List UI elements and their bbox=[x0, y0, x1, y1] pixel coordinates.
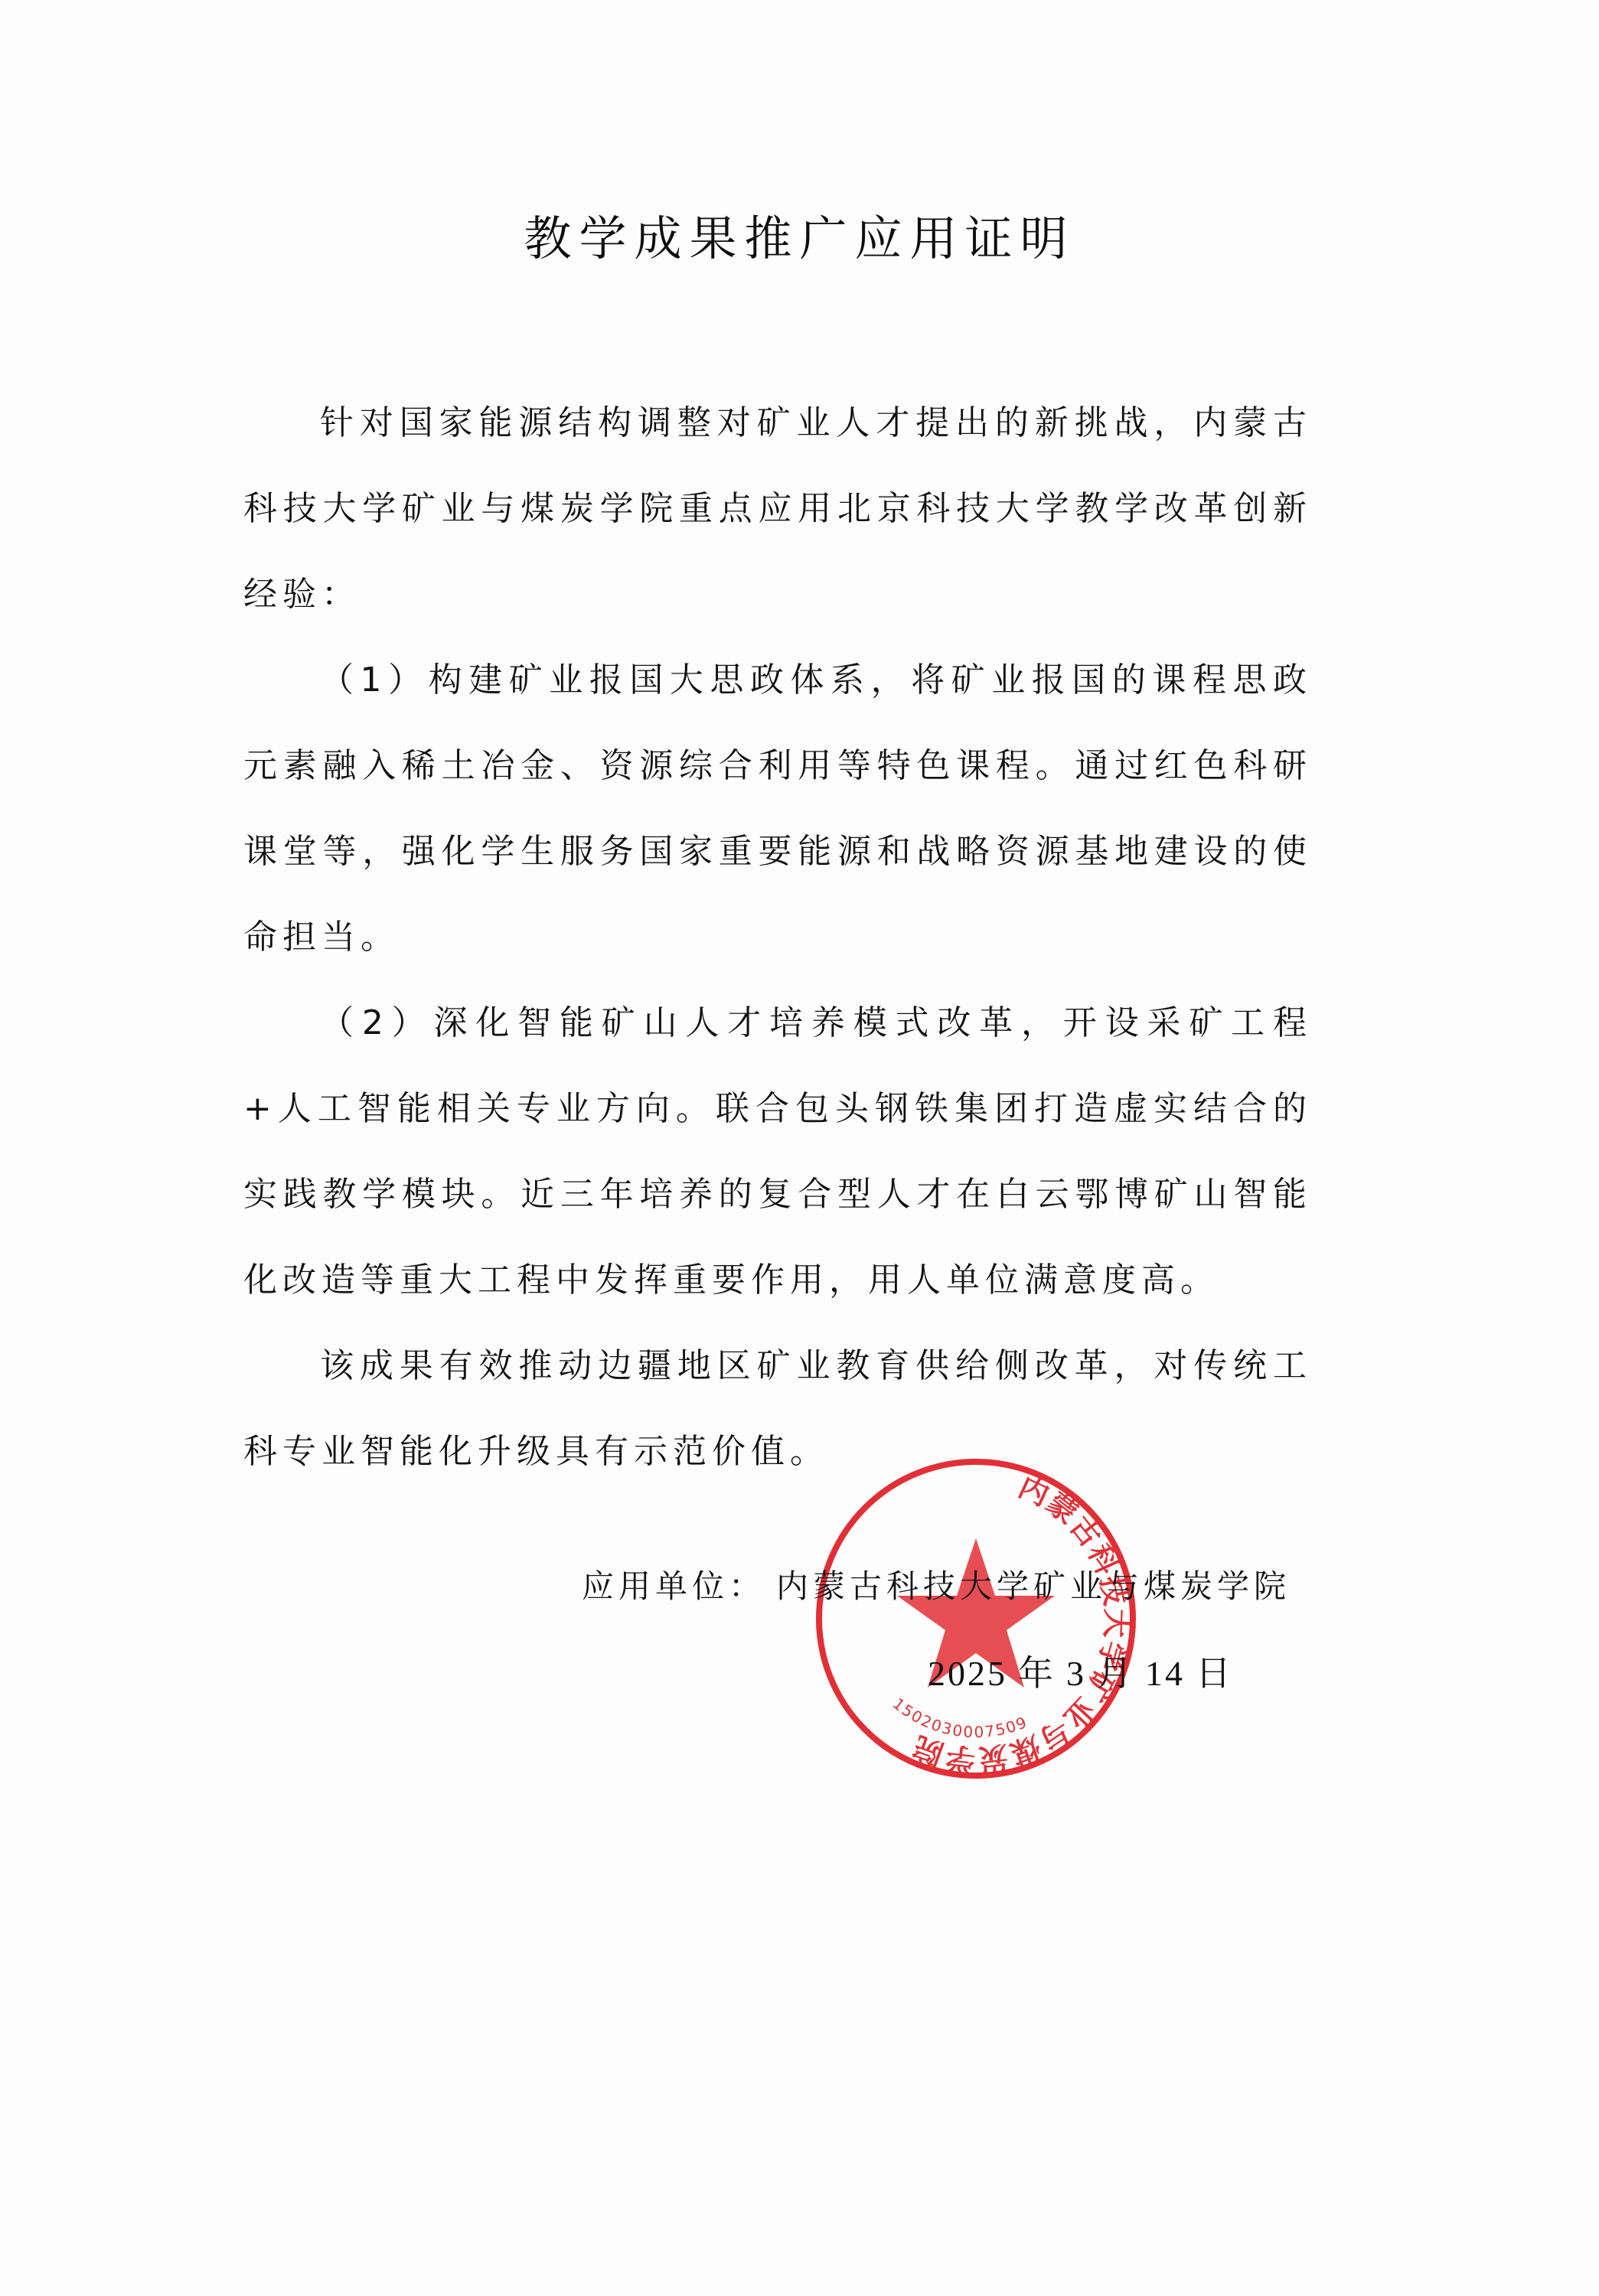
signature-line: 应用单位：内蒙古科技大学矿业与煤炭学院 bbox=[582, 1561, 1291, 1607]
paragraph-point-1: （1）构建矿业报国大思政体系，将矿业报国的课程思政元素融入稀土冶金、资源综合利用… bbox=[243, 638, 1312, 980]
paragraph-conclusion: 该成果有效推动边疆地区矿业教育供给侧改革，对传统工科专业智能化升级具有示范价值。 bbox=[243, 1323, 1312, 1495]
date-day: 14 bbox=[1145, 1654, 1185, 1693]
svg-text:1502030007509: 1502030007509 bbox=[889, 1694, 1030, 1742]
date-year-unit: 年 bbox=[1018, 1654, 1056, 1693]
document-date: 2025年3月14日 bbox=[928, 1645, 1244, 1696]
signature-unit: 内蒙古科技大学矿业与煤炭学院 bbox=[776, 1567, 1291, 1605]
paragraph-intro: 针对国家能源结构调整对矿业人才提出的新挑战，内蒙古科技大学矿业与煤炭学院重点应用… bbox=[243, 380, 1312, 638]
date-day-unit: 日 bbox=[1196, 1654, 1233, 1693]
document-body: 针对国家能源结构调整对矿业人才提出的新挑战，内蒙古科技大学矿业与煤炭学院重点应用… bbox=[243, 380, 1312, 1495]
document-page: 教学成果推广应用证明 针对国家能源结构调整对矿业人才提出的新挑战，内蒙古科技大学… bbox=[0, 0, 1599, 2296]
official-seal-icon: 内蒙古科技大学矿业与煤炭学院 1502030007509 bbox=[811, 1454, 1141, 1783]
document-title: 教学成果推广应用证明 bbox=[0, 201, 1599, 269]
signature-label: 应用单位： bbox=[582, 1567, 765, 1605]
date-year: 2025 bbox=[928, 1654, 1007, 1693]
date-month: 3 bbox=[1066, 1654, 1086, 1693]
date-month-unit: 月 bbox=[1097, 1654, 1134, 1693]
paragraph-point-2: （2）深化智能矿山人才培养模式改革，开设采矿工程+人工智能相关专业方向。联合包头… bbox=[243, 980, 1312, 1323]
